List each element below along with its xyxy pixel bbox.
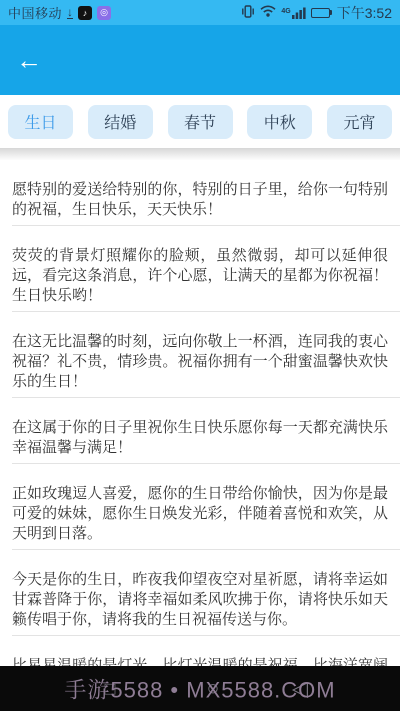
tiktok-notification-icon: ♪ [78, 6, 92, 20]
app-notification-icon: ◎ [97, 6, 111, 20]
home-circle-icon[interactable]: ○ [207, 677, 220, 701]
message-item[interactable]: 愿特别的爱送给特别的你，特别的日子里，给你一句特别的祝福，生日快乐，天天快乐！ [12, 160, 400, 226]
battery-icon [311, 8, 332, 18]
phone-screen: 中国移动 ↓ ♪ ◎ 4G [0, 0, 400, 711]
back-arrow-icon[interactable]: ← [16, 47, 42, 73]
watermark-text: 手游5588 • MX5588.COM [0, 673, 400, 704]
download-icon: ↓ [67, 7, 73, 19]
android-nav-bar: □ ○ ◁ 手游5588 • MX5588.COM [0, 666, 400, 711]
tab-spring-festival[interactable]: 春节 [168, 105, 233, 139]
clock-label: 下午3:52 [337, 3, 392, 23]
message-item[interactable]: 正如玫瑰逗人喜爱，愿你的生日带给你愉快，因为你是最可爱的妹妹，愿你生日焕发光彩，… [12, 464, 400, 550]
tab-birthday[interactable]: 生日 [8, 105, 73, 139]
signal-strength-icon: 4G [281, 7, 305, 19]
network-4g-label: 4G [281, 8, 290, 15]
tab-wedding[interactable]: 结婚 [88, 105, 153, 139]
carrier-label: 中国移动 [8, 3, 62, 22]
tab-bar-shadow [0, 148, 400, 160]
vibrate-icon [241, 5, 255, 21]
status-bar-left: 中国移动 ↓ ♪ ◎ [8, 3, 111, 22]
message-item[interactable]: 今天是你的生日，昨夜我仰望夜空对星祈愿，请将幸运如甘霖普降于你，请将幸福如柔风吹… [12, 550, 400, 636]
message-item[interactable]: 在这属于你的日子里祝你生日快乐愿你每一天都充满快乐幸福温馨与满足！ [12, 398, 400, 464]
message-item[interactable]: 荧荧的背景灯照耀你的脸颊，虽然微弱，却可以延伸很远，看完这条消息，许个心愿，让满… [12, 226, 400, 312]
category-tab-bar: 生日 结婚 春节 中秋 元宵 [0, 95, 400, 148]
tab-lantern-festival[interactable]: 元宵 [327, 105, 392, 139]
wifi-icon [260, 5, 276, 20]
message-list: 愿特别的爱送给特别的你，特别的日子里，给你一句特别的祝福，生日快乐，天天快乐！ … [0, 148, 400, 666]
message-item[interactable]: 在这无比温馨的时刻，远向你敬上一杯酒，连同我的衷心祝福？礼不贵，情珍贵。祝福你拥… [12, 312, 400, 398]
status-bar-right: 4G 下午3:52 [241, 3, 392, 23]
app-header: ← [0, 25, 400, 95]
tab-mid-autumn[interactable]: 中秋 [247, 105, 312, 139]
recents-square-icon[interactable]: □ [105, 678, 116, 699]
message-item[interactable]: 比星星温暖的是灯光，比灯光温暖的是祝福，比海洋宽阔的是心怀，愿你生日快乐！ [12, 636, 400, 666]
back-triangle-icon[interactable]: ◁ [292, 676, 308, 701]
status-bar: 中国移动 ↓ ♪ ◎ 4G [0, 0, 400, 25]
